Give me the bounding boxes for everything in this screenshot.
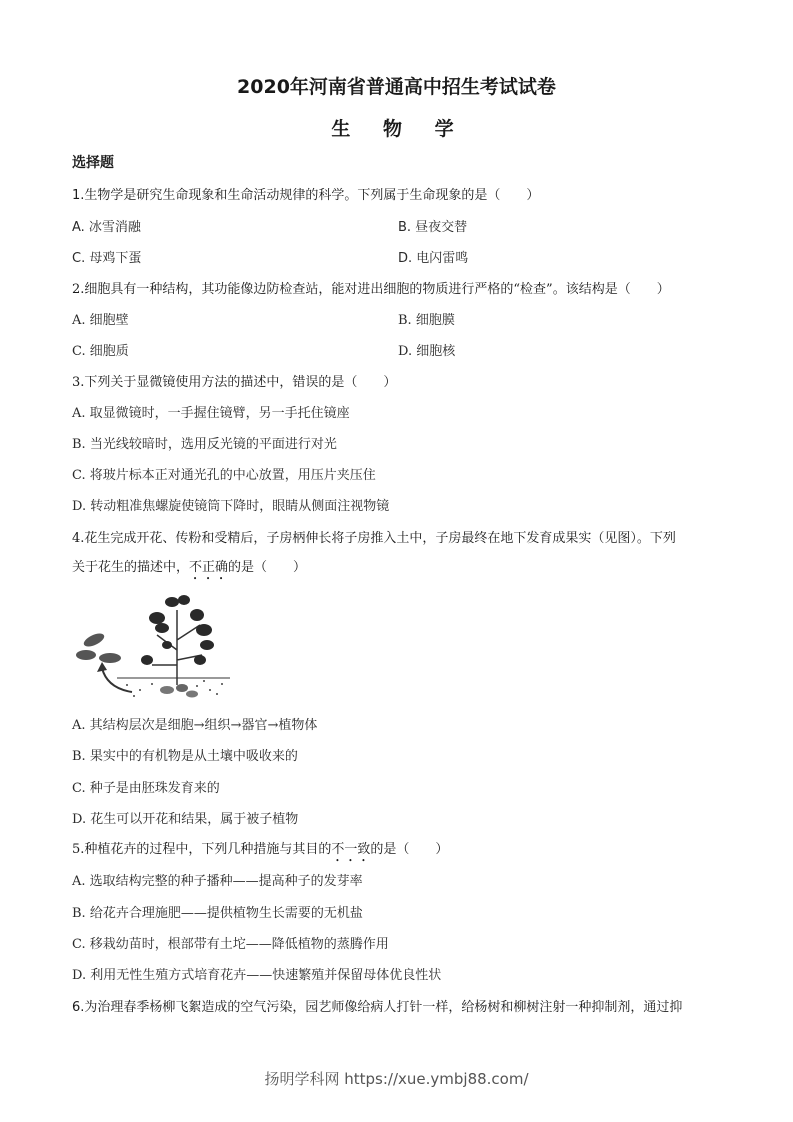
question-4-option-b: B. 果实中的有机物是从土壤中吸收来的 [72, 745, 298, 764]
question-2-stem: 2.细胞具有一种结构，其功能像边防检查站，能对进出细胞的物质进行严格的“检查”。… [72, 278, 670, 297]
question-3-option-a: A. 取显微镜时，一手握住镜臂，另一手托住镜座 [72, 402, 350, 421]
question-1-stem: 1.生物学是研究生命现象和生命活动规律的科学。下列属于生命现象的是（ ） [72, 184, 539, 203]
question-2-option-c: C. 细胞质 [72, 340, 129, 359]
question-4-option-c: C. 种子是由胚珠发育来的 [72, 777, 220, 796]
question-1-option-b: B. 昼夜交替 [398, 216, 467, 235]
section-heading: 选择题 [72, 152, 114, 172]
question-4-option-d: D. 花生可以开花和结果，属于被子植物 [72, 808, 298, 827]
question-4-stem-pre: 关于花生的描述中， [72, 560, 189, 575]
question-3-option-d: D. 转动粗准焦螺旋使镜筒下降时，眼睛从侧面注视物镜 [72, 495, 389, 514]
footer-watermark: 扬明学科网 https://xue.ymbj88.com/ [0, 1068, 793, 1089]
question-2-option-d: D. 细胞核 [398, 340, 455, 359]
question-3-option-b: B. 当光线较暗时，选用反光镜的平面进行对光 [72, 433, 337, 452]
question-1-option-a: A. 冰雪消融 [72, 216, 141, 235]
peanut-plant-figure [72, 590, 232, 700]
question-1-option-d: D. 电闪雷鸣 [398, 247, 468, 266]
question-5-stem-post: 的是（ ） [370, 842, 448, 857]
question-6-stem: 6.为治理春季杨柳飞絮造成的空气污染，园艺师像给病人打针一样，给杨树和柳树注射一… [72, 996, 682, 1015]
question-4-option-a: A. 其结构层次是细胞→组织→器官→植物体 [72, 714, 317, 733]
question-5-emphasis: 不一致 [331, 842, 370, 857]
question-5-stem: 5.种植花卉的过程中，下列几种措施与其目的不一致的是（ ） [72, 838, 448, 865]
exam-page: 2020年河南省普通高中招生考试试卷 生 物 学 选择题 1.生物学是研究生命现… [0, 0, 793, 1122]
peanut-plant-icon [72, 590, 232, 700]
question-4-stem-post: 的是（ ） [228, 560, 306, 575]
question-5-option-b: B. 给花卉合理施肥——提供植物生长需要的无机盐 [72, 902, 363, 921]
question-2-option-a: A. 细胞壁 [72, 309, 129, 328]
question-3-option-c: C. 将玻片标本正对通光孔的中心放置，用压片夹压住 [72, 464, 376, 483]
question-5-option-c: C. 移栽幼苗时，根部带有土坨——降低植物的蒸腾作用 [72, 933, 389, 952]
question-1-option-c: C. 母鸡下蛋 [72, 247, 141, 266]
page-subtitle: 生 物 学 [0, 114, 793, 141]
question-3-stem: 3.下列关于显微镜使用方法的描述中，错误的是（ ） [72, 371, 396, 390]
question-5-stem-pre: 5.种植花卉的过程中，下列几种措施与其目的 [72, 842, 331, 857]
question-5-option-a: A. 选取结构完整的种子播种——提高种子的发芽率 [72, 870, 363, 889]
question-4-stem-line-2: 关于花生的描述中，不正确的是（ ） [72, 556, 306, 583]
question-5-option-d: D. 利用无性生殖方式培育花卉——快速繁殖并保留母体优良性状 [72, 964, 441, 983]
question-2-option-b: B. 细胞膜 [398, 309, 455, 328]
question-4-emphasis: 不正确 [189, 560, 228, 575]
page-title: 2020年河南省普通高中招生考试试卷 [0, 72, 793, 99]
question-4-stem-line-1: 4.花生完成开花、传粉和受精后，子房柄伸长将子房推入土中，子房最终在地下发育成果… [72, 527, 676, 546]
